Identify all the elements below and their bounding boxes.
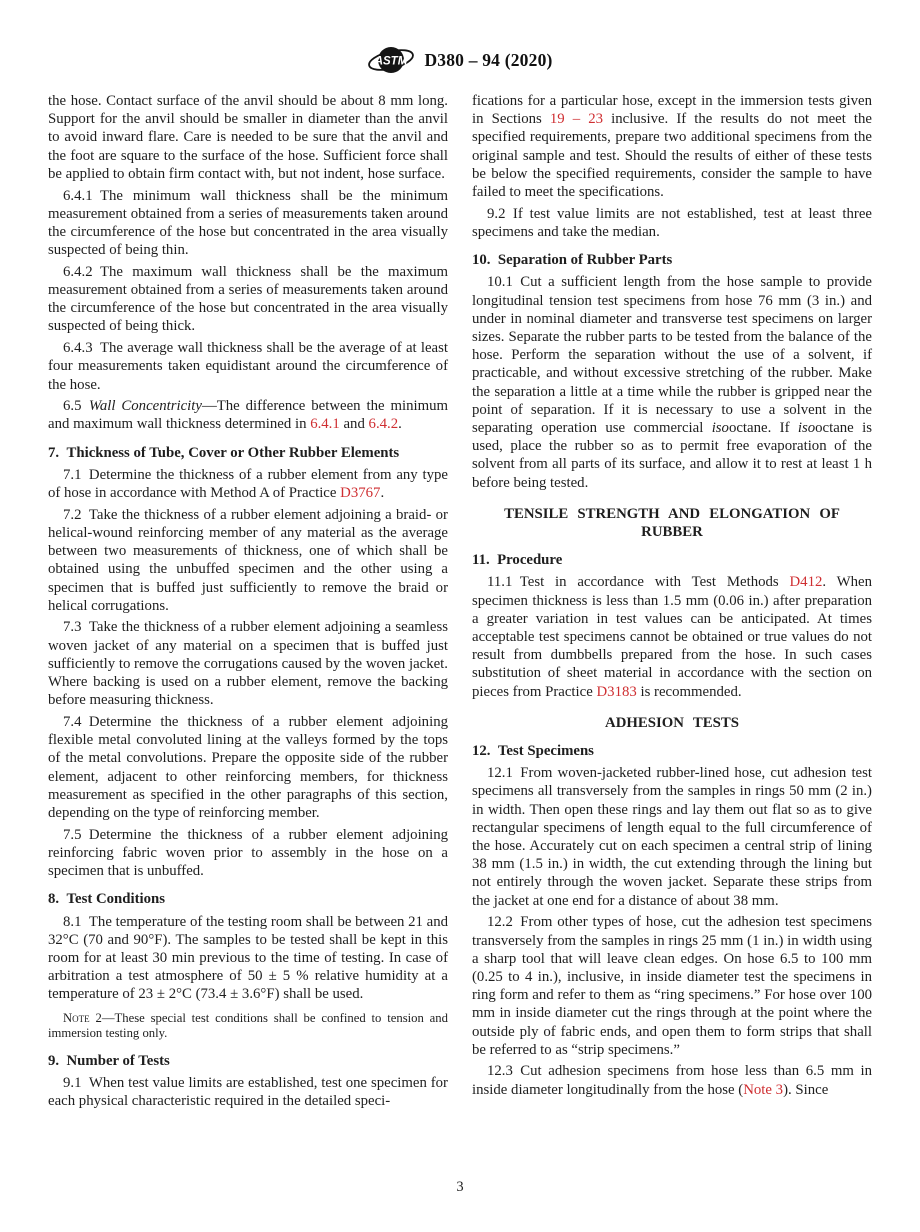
paragraph: 12.3 Cut adhesion specimens from hose le… [472, 1062, 872, 1098]
text-segment: 8.1 The temperature of the testing room … [48, 914, 448, 1003]
text-segment: 9. Number of Tests [48, 1053, 170, 1069]
text-segment: octane. If [729, 420, 798, 436]
text-segment: 7. Thickness of Tube, Cover or Other Rub… [48, 445, 399, 461]
cross-reference-link[interactable]: D3767 [340, 485, 380, 501]
text-segment: iso [798, 420, 815, 436]
section-heading: 9. Number of Tests [48, 1052, 448, 1070]
text-segment: . [398, 416, 402, 432]
paragraph: 7.1 Determine the thickness of a rubber … [48, 466, 448, 502]
paragraph: 11.1 Test in accordance with Test Method… [472, 573, 872, 700]
note-paragraph: Note 2—These special test conditions sha… [48, 1011, 448, 1042]
text-segment: 12.1 From woven-jacketed rubber-lined ho… [472, 765, 872, 908]
standard-designation: D380 – 94 (2020) [424, 50, 552, 71]
svg-text:ASTM: ASTM [374, 56, 408, 68]
paragraph: 6.4.2 The maximum wall thickness shall b… [48, 263, 448, 336]
text-segment: . [380, 485, 384, 501]
paragraph: fications for a particular hose, except … [472, 92, 872, 201]
section-heading: 7. Thickness of Tube, Cover or Other Rub… [48, 444, 448, 462]
cross-reference-link[interactable]: D412 [790, 574, 823, 590]
cross-reference-link[interactable]: 6.4.2 [369, 416, 399, 432]
text-segment: Note [63, 1011, 90, 1025]
paragraph: 7.2 Take the thickness of a rubber eleme… [48, 506, 448, 615]
paragraph: 8.1 The temperature of the testing room … [48, 913, 448, 1004]
text-segment: 12.2 From other types of hose, cut the a… [472, 914, 872, 1057]
page-header: ASTM D380 – 94 (2020) [0, 0, 920, 76]
paragraph: 7.5 Determine the thickness of a rubber … [48, 826, 448, 881]
paragraph: 6.5 Wall Concentricity—The difference be… [48, 397, 448, 433]
text-segment: 11.1 Test in accordance with Test Method… [487, 574, 790, 590]
paragraph: 6.4.3 The average wall thickness shall b… [48, 339, 448, 394]
paragraph: 12.2 From other types of hose, cut the a… [472, 913, 872, 1059]
text-segment: 6.4.3 The average wall thickness shall b… [48, 340, 448, 392]
text-segment: 6.5 [63, 398, 89, 414]
section-heading: 10. Separation of Rubber Parts [472, 251, 872, 269]
text-segment: 8. Test Conditions [48, 891, 165, 907]
section-heading: 12. Test Specimens [472, 742, 872, 760]
text-segment: and [340, 416, 369, 432]
group-heading: TENSILE STRENGTH AND ELONGATION OF RUBBE… [486, 505, 858, 541]
section-heading: 8. Test Conditions [48, 890, 448, 908]
text-segment: iso [712, 420, 729, 436]
text-segment: ADHESION TESTS [605, 715, 739, 731]
text-segment: 6.4.2 The maximum wall thickness shall b… [48, 264, 448, 335]
cross-reference-link[interactable]: 6.4.1 [310, 416, 340, 432]
text-segment: 10.1 Cut a sufficient length from the ho… [472, 274, 872, 436]
text-segment: 7.3 Take the thickness of a rubber eleme… [48, 619, 448, 708]
text-segment: 12. Test Specimens [472, 743, 594, 759]
paragraph: 9.2 If test value limits are not establi… [472, 205, 872, 241]
astm-logo-icon: ASTM [367, 44, 415, 76]
paragraph: 12.1 From woven-jacketed rubber-lined ho… [472, 764, 872, 910]
paragraph: the hose. Contact surface of the anvil s… [48, 92, 448, 183]
document-page: ASTM D380 – 94 (2020) the hose. Contact … [0, 0, 920, 1232]
text-segment: 9.1 When test value limits are establish… [48, 1075, 448, 1109]
group-heading: ADHESION TESTS [486, 714, 858, 732]
text-segment: . When specimen thickness is less than 1… [472, 574, 872, 699]
cross-reference-link[interactable]: Note 3 [743, 1082, 783, 1098]
text-segment: 6.4.1 The minimum wall thickness shall b… [48, 188, 448, 259]
two-column-body: the hose. Contact surface of the anvil s… [0, 92, 920, 1110]
paragraph: 9.1 When test value limits are establish… [48, 1074, 448, 1110]
text-segment: is recommended. [637, 684, 742, 700]
text-segment: Wall Concentricity [89, 398, 202, 414]
paragraph: 7.4 Determine the thickness of a rubber … [48, 713, 448, 822]
cross-reference-link[interactable]: 19 – 23 [550, 111, 603, 127]
text-segment: TENSILE STRENGTH AND ELONGATION OF RUBBE… [504, 506, 840, 540]
left-column: the hose. Contact surface of the anvil s… [48, 92, 448, 1110]
text-segment: 2—These special test conditions shall be… [48, 1011, 448, 1041]
text-segment: 7.2 Take the thickness of a rubber eleme… [48, 507, 448, 614]
right-column: fications for a particular hose, except … [472, 92, 872, 1110]
text-segment: 7.4 Determine the thickness of a rubber … [48, 714, 448, 821]
section-heading: 11. Procedure [472, 551, 872, 569]
text-segment: 9.2 If test value limits are not establi… [472, 206, 872, 240]
paragraph: 7.3 Take the thickness of a rubber eleme… [48, 618, 448, 709]
text-segment: the hose. Contact surface of the anvil s… [48, 93, 448, 182]
text-segment: ). Since [783, 1082, 828, 1098]
page-number: 3 [0, 1179, 920, 1196]
text-segment: 11. Procedure [472, 552, 562, 568]
text-segment: 7.5 Determine the thickness of a rubber … [48, 827, 448, 879]
paragraph: 10.1 Cut a sufficient length from the ho… [472, 273, 872, 491]
paragraph: 6.4.1 The minimum wall thickness shall b… [48, 187, 448, 260]
cross-reference-link[interactable]: D3183 [596, 684, 636, 700]
text-segment: 7.1 Determine the thickness of a rubber … [48, 467, 448, 501]
text-segment: 10. Separation of Rubber Parts [472, 252, 672, 268]
